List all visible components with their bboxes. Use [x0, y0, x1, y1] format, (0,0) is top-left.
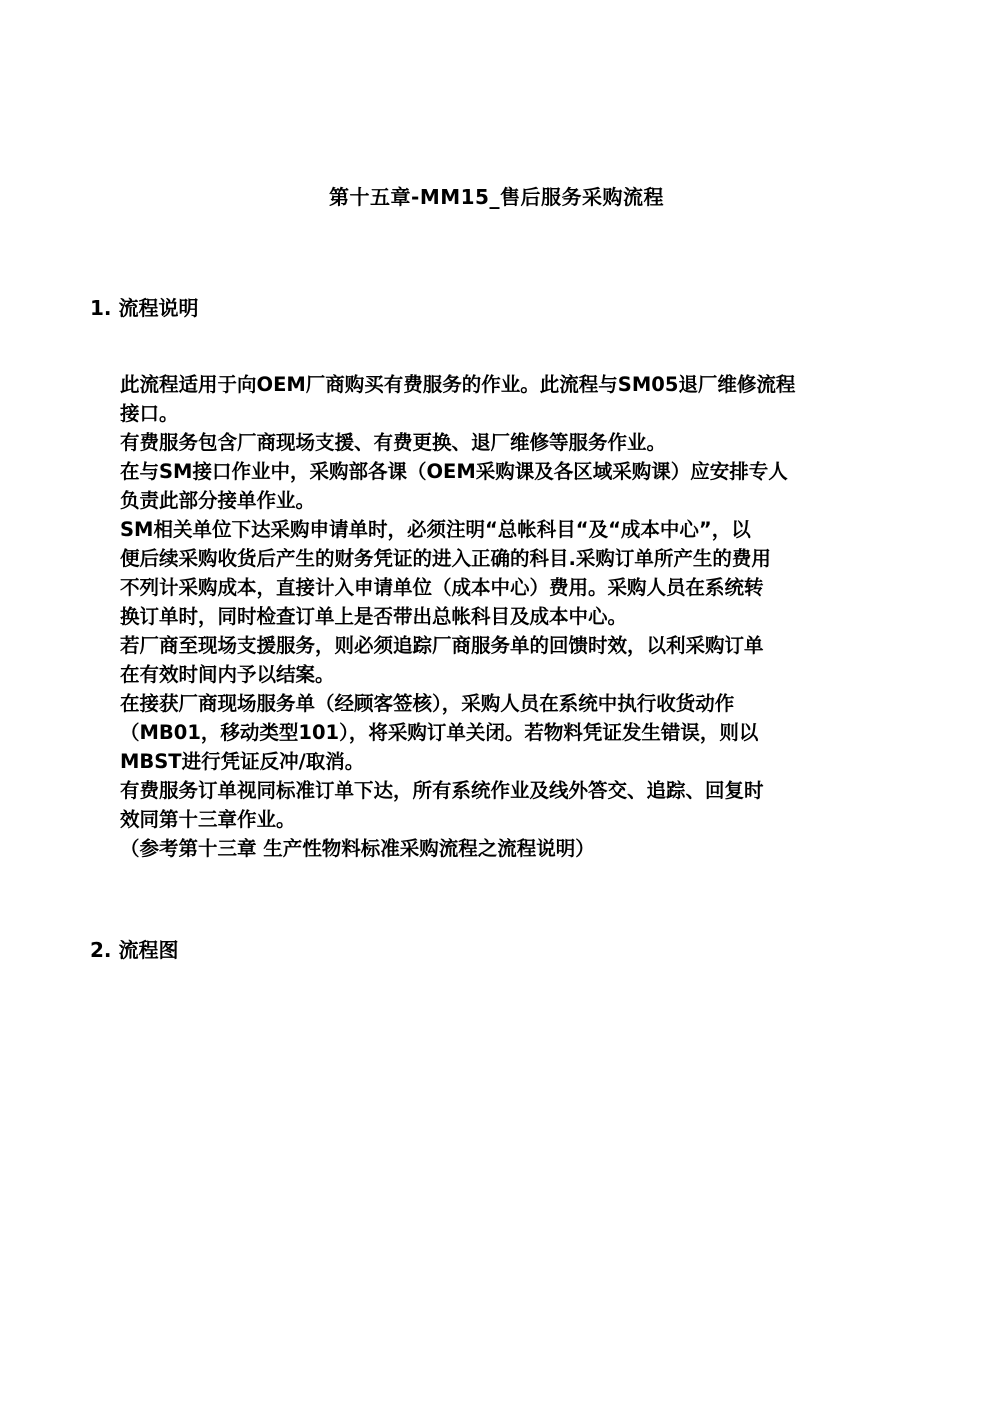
paragraph-purchase-requisition: SM相关单位下达采购申请单时，必须注明“总帐科目“及“成本中心”，以 便后续采购… [120, 515, 910, 631]
section-heading-flowchart: 2. 流程图 [90, 936, 178, 964]
paragraph-reference: （参考第十三章 生产性物料标准采购流程之流程说明） [120, 834, 910, 863]
paragraph-standard-order: 有费服务订单视同标准订单下达，所有系统作业及线外答交、追踪、回复时 效同第十三章… [120, 776, 910, 834]
paragraph-scope: 此流程适用于向OEM厂商购买有费服务的作业。此流程与SM05退厂维修流程 接口。 [120, 370, 910, 428]
paragraph-goods-receipt: 在接获厂商现场服务单（经顾客签核），采购人员在系统中执行收货动作 （MB01，移… [120, 689, 910, 776]
page-title: 第十五章-MM15_售后服务采购流程 [0, 183, 993, 211]
section-heading-process-description: 1. 流程说明 [90, 294, 198, 322]
paragraph-service-types: 有费服务包含厂商现场支援、有费更换、退厂维修等服务作业。 [120, 428, 910, 457]
paragraph-onsite-support: 若厂商至现场支援服务，则必须追踪厂商服务单的回馈时效，以利采购订单 在有效时间内… [120, 631, 910, 689]
process-description-body: 此流程适用于向OEM厂商购买有费服务的作业。此流程与SM05退厂维修流程 接口。… [120, 370, 910, 863]
paragraph-sm-interface: 在与SM接口作业中，采购部各课（OEM采购课及各区域采购课）应安排专人 负责此部… [120, 457, 910, 515]
